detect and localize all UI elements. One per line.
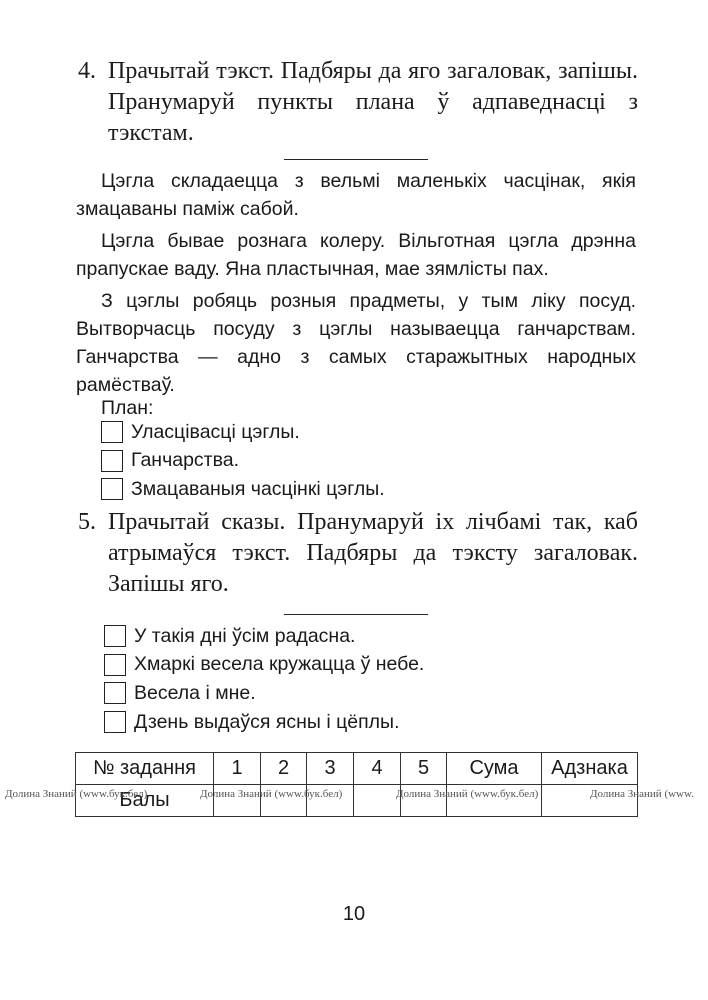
score-cell[interactable] — [354, 785, 401, 817]
task-5-instruction: 5. Прачытай сказы. Пранумаруй іх лічбамі… — [78, 507, 638, 600]
header-cell: 3 — [307, 753, 354, 785]
task-number: 5. — [78, 507, 96, 538]
task-text: Прачытай сказы. Пранумаруй іх лічбамі та… — [108, 507, 638, 600]
paragraph: Цэгла бывае рознага колеру. Вільготная ц… — [76, 227, 636, 283]
watermark: Долина Знаний (www. — [590, 788, 694, 800]
sentence-list: У такія дні ўсім радасна. Хмаркі весела … — [104, 622, 424, 736]
plan-list: Уласцівасці цэглы. Ганчарства. Змацаваны… — [101, 418, 385, 504]
header-cell: 1 — [214, 753, 261, 785]
sentence-item: У такія дні ўсім радасна. — [104, 622, 424, 651]
table-row: Балы — [76, 785, 638, 817]
title-answer-line[interactable] — [284, 159, 428, 160]
sentence-item: Дзень выдаўся ясны і цёплы. — [104, 708, 424, 737]
header-cell: 2 — [261, 753, 307, 785]
sentence-text: У такія дні ўсім радасна. — [134, 625, 355, 648]
sentence-text: Весела і мне. — [134, 682, 256, 705]
plan-item-text: Ганчарства. — [131, 449, 239, 472]
number-box[interactable] — [104, 654, 126, 676]
plan-item: Ганчарства. — [101, 447, 385, 476]
watermark: Долина Знаний (www.бук.бел) — [5, 788, 147, 800]
title-answer-line[interactable] — [284, 614, 428, 615]
number-box[interactable] — [101, 478, 123, 500]
header-cell: Сума — [447, 753, 542, 785]
number-box[interactable] — [104, 682, 126, 704]
paragraph: Цэгла складаецца з вельмі маленькіх часц… — [76, 167, 636, 223]
task-4-instruction: 4. Прачытай тэкст. Падбяры да яго загало… — [78, 56, 638, 149]
plan-item-text: Змацаваныя часцінкі цэглы. — [131, 478, 385, 501]
plan-item-text: Уласцівасці цэглы. — [131, 421, 300, 444]
story-text: Цэгла складаецца з вельмі маленькіх часц… — [76, 167, 636, 403]
number-box[interactable] — [104, 625, 126, 647]
score-table: № задання 1 2 3 4 5 Сума Адзнака Балы — [75, 752, 638, 817]
sentence-text: Хмаркі весела кружацца ў небе. — [134, 653, 424, 676]
plan-item: Змацаваныя часцінкі цэглы. — [101, 475, 385, 504]
number-box[interactable] — [101, 421, 123, 443]
table-header-row: № задання 1 2 3 4 5 Сума Адзнака — [76, 753, 638, 785]
header-cell: 5 — [401, 753, 447, 785]
watermark: Долина Знаний (www.бук.бел) — [200, 788, 342, 800]
sentence-item: Весела і мне. — [104, 679, 424, 708]
header-cell: Адзнака — [542, 753, 638, 785]
header-cell: 4 — [354, 753, 401, 785]
watermark: Долина Знаний (www.бук.бел) — [396, 788, 538, 800]
paragraph: З цэглы робяць розныя прадметы, у тым лі… — [76, 287, 636, 399]
sentence-item: Хмаркі весела кружацца ў небе. — [104, 651, 424, 680]
sentence-text: Дзень выдаўся ясны і цёплы. — [134, 711, 400, 734]
page-number: 10 — [0, 903, 708, 926]
task-number: 4. — [78, 56, 96, 87]
header-cell: № задання — [76, 753, 214, 785]
number-box[interactable] — [104, 711, 126, 733]
plan-item: Уласцівасці цэглы. — [101, 418, 385, 447]
task-text: Прачытай тэкст. Падбяры да яго загаловак… — [108, 56, 638, 149]
number-box[interactable] — [101, 450, 123, 472]
